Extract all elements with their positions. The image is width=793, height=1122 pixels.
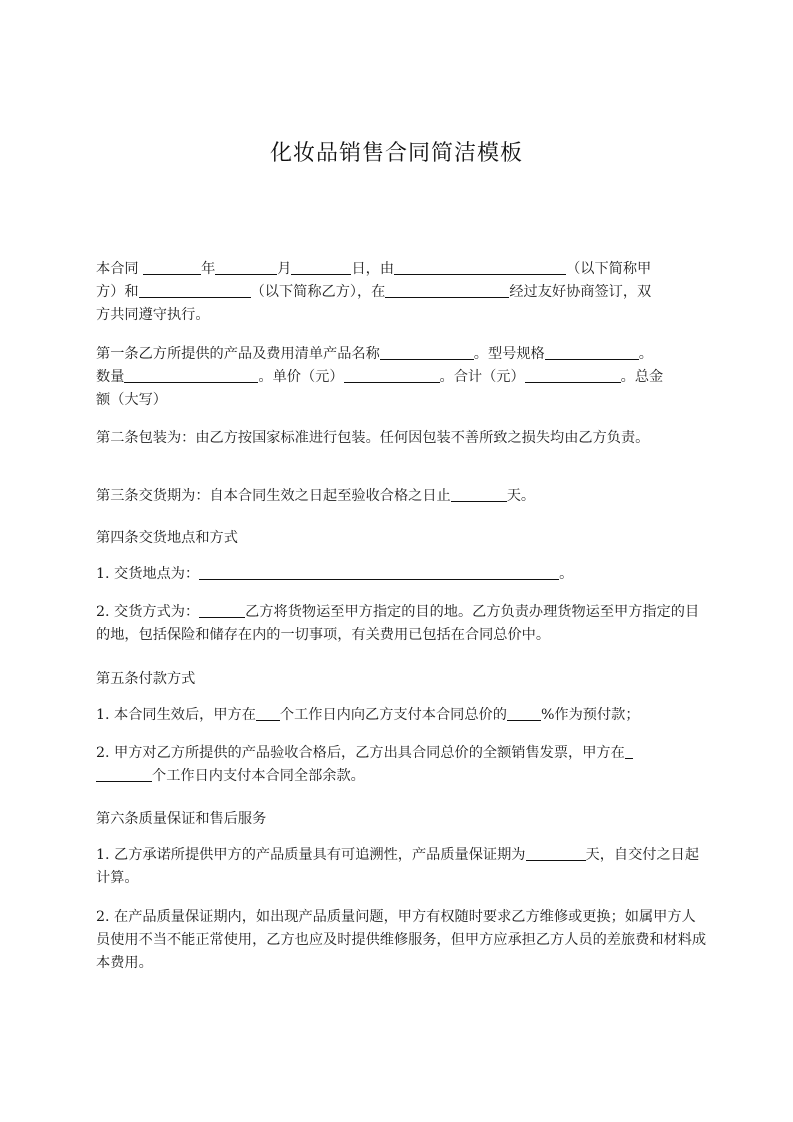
article-3-start: 第三条交货期为：自本合同生效之日起至验收合格之日止 [96, 488, 451, 504]
article-6-item-1: 1. 乙方承诺所提供甲方的产品质量具有可追溯性，产品质量保证期为天，自交付之日起… [96, 844, 708, 890]
warranty-days-blank[interactable] [526, 846, 586, 861]
prepay-percent-blank[interactable] [507, 706, 541, 721]
prepay-days-blank[interactable] [256, 706, 280, 721]
quantity-blank[interactable] [124, 368, 258, 383]
article-5-item-2: 2. 甲方对乙方所提供的产品验收合格后，乙方出具合同总价的全额销售发票，甲方在 … [96, 742, 708, 788]
article-1-start: 第一条乙方所提供的产品及费用清单产品名称 [96, 346, 380, 362]
balance-end: 个工作日内支付本合同全部余款。 [152, 768, 365, 784]
article-2: 第二条包装为：由乙方按国家标准进行包装。任何因包装不善所致之损失均由乙方负责。 [96, 427, 708, 450]
unit-price-blank[interactable] [344, 368, 440, 383]
product-name-blank[interactable] [380, 345, 474, 360]
article-4-item-1: 1. 交货地点为：。 [96, 563, 708, 586]
party-a-blank[interactable] [394, 260, 566, 275]
period: 。 [559, 566, 573, 582]
article-6-item-2: 2. 在产品质量保证期内，如出现产品质量问题，甲方有权随时要求乙方维修或更换；如… [96, 906, 708, 975]
article-3: 第三条交货期为：自本合同生效之日起至验收合格之日止天。 [96, 485, 708, 508]
intro-text: 本合同 [96, 261, 143, 277]
delivery-days-blank[interactable] [451, 487, 507, 502]
year-label: 年 [201, 261, 215, 277]
article-4-heading: 第四条交货地点和方式 [96, 527, 708, 550]
total-label: 。合计（元） [440, 369, 525, 385]
sign-place-suffix: 经过友好协商签订，双 [509, 284, 651, 300]
balance-days-blank-b[interactable] [96, 767, 152, 782]
month-label: 月 [277, 261, 291, 277]
article-1: 第一条乙方所提供的产品及费用清单产品名称。型号规格。 数量。单价（元）。合计（元… [96, 343, 708, 412]
prepay-start: 1. 本合同生效后，甲方在 [96, 707, 256, 723]
document-page: 化妆品销售合同简洁模板 本合同 年月日，由（以下简称甲 方）和（以下简称乙方），… [0, 0, 793, 1122]
delivery-method-label: 2. 交货方式为： [96, 604, 199, 620]
intro-line2-start: 方）和 [96, 284, 139, 300]
total-blank[interactable] [525, 368, 621, 383]
balance-days-blank-a[interactable] [625, 744, 633, 759]
article-5-heading: 第五条付款方式 [96, 668, 708, 691]
quantity-label: 数量 [96, 369, 124, 385]
model-blank[interactable] [545, 345, 639, 360]
day-label: 日，由 [351, 261, 394, 277]
intro-paragraph: 本合同 年月日，由（以下简称甲 方）和（以下简称乙方），在经过友好协商签订，双 … [96, 258, 708, 327]
prepay-end: %作为预付款； [541, 707, 640, 723]
unit-price-label: 。单价（元） [258, 369, 343, 385]
prepay-mid: 个工作日内向乙方支付本合同总价的 [280, 707, 507, 723]
party-b-blank[interactable] [139, 283, 251, 298]
party-a-suffix: （以下简称甲 [566, 261, 651, 277]
article-5-item-1: 1. 本合同生效后，甲方在个工作日内向乙方支付本合同总价的%作为预付款； [96, 704, 708, 727]
intro-line3: 方共同遵守执行。 [96, 307, 210, 323]
year-blank[interactable] [143, 260, 201, 275]
delivery-place-label: 1. 交货地点为： [96, 566, 199, 582]
delivery-method-blank[interactable] [199, 603, 245, 618]
total-amount-caps: 额（大写） [96, 392, 167, 408]
total-amount-label: 。总金 [621, 369, 664, 385]
model-label: 。型号规格 [474, 346, 545, 362]
document-title: 化妆品销售合同简洁模板 [0, 136, 793, 167]
party-b-suffix: （以下简称乙方），在 [251, 284, 386, 300]
warranty-start: 1. 乙方承诺所提供甲方的产品质量具有可追溯性，产品质量保证期为 [96, 847, 526, 863]
day-blank[interactable] [291, 260, 351, 275]
sign-place-blank[interactable] [385, 283, 509, 298]
period: 。 [639, 346, 653, 362]
article-3-end: 天。 [507, 488, 535, 504]
article-6-heading: 第六条质量保证和售后服务 [96, 808, 708, 831]
article-4-item-2: 2. 交货方式为：乙方将货物运至甲方指定的目的地。乙方负责办理货物运至甲方指定的… [96, 601, 708, 647]
delivery-place-blank[interactable] [199, 565, 559, 580]
month-blank[interactable] [215, 260, 277, 275]
balance-start: 2. 甲方对乙方所提供的产品验收合格后，乙方出具合同总价的全额销售发票，甲方在 [96, 745, 625, 761]
